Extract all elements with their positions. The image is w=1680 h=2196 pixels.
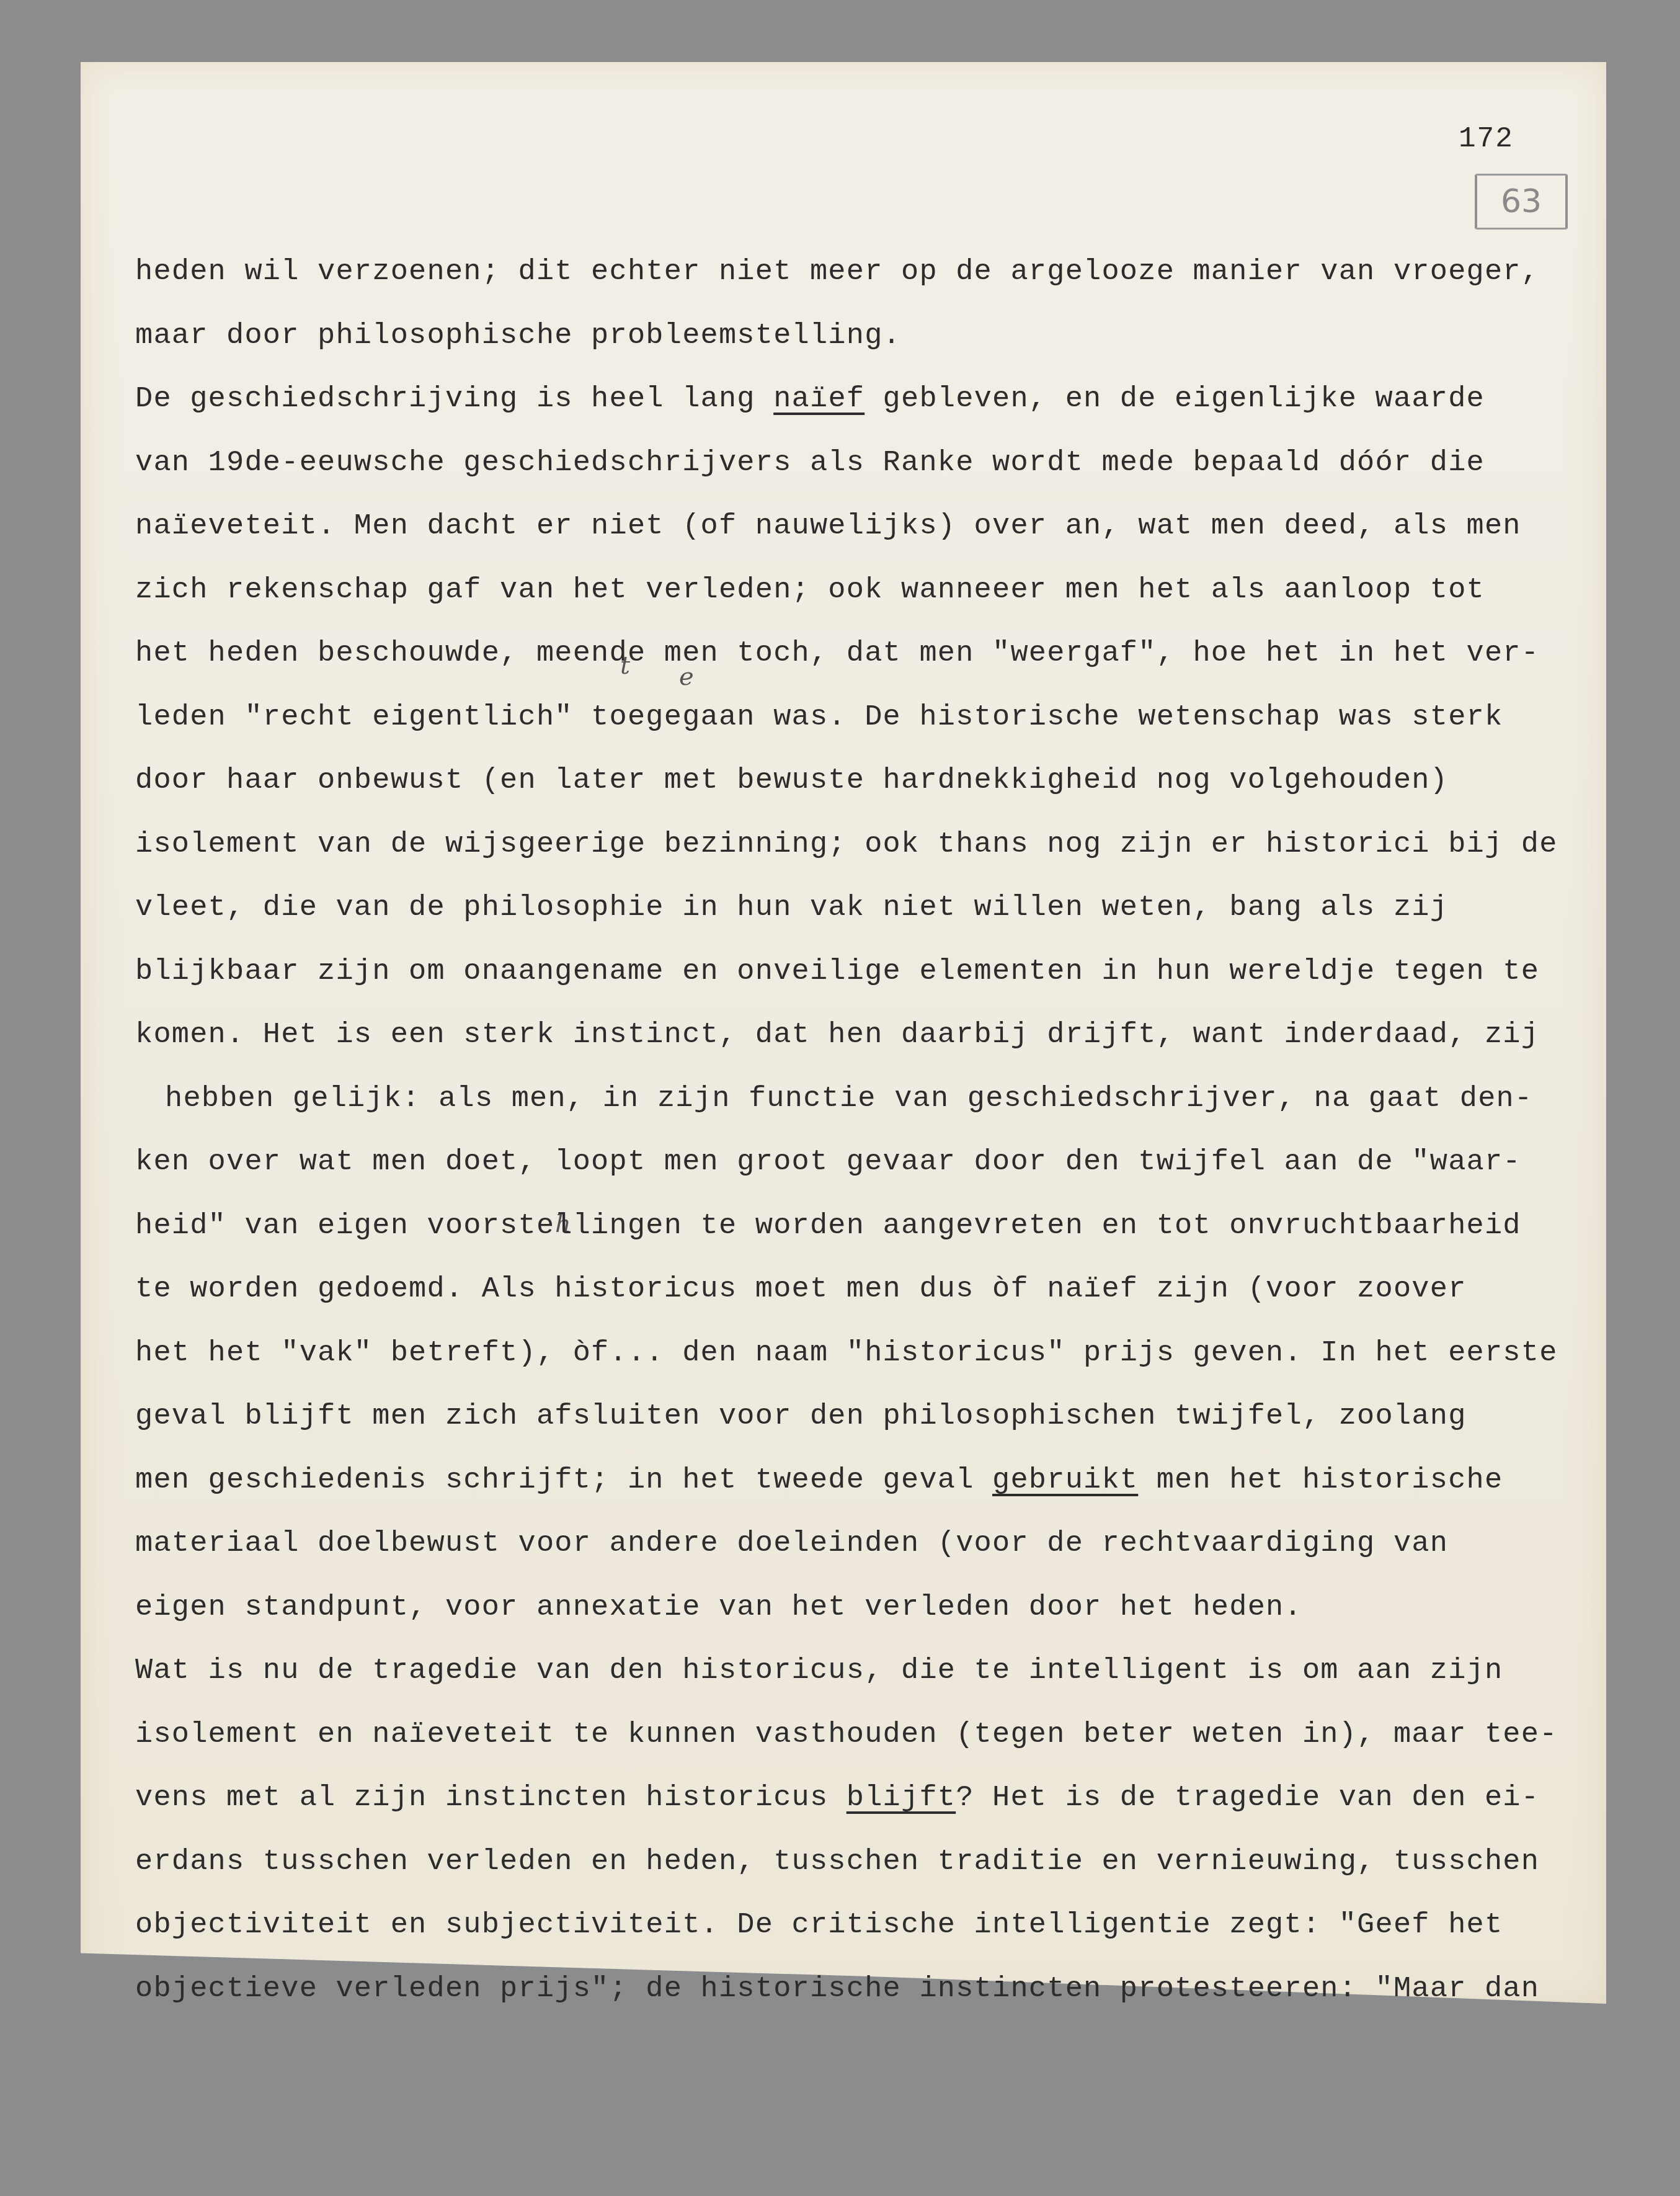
text-line: door haar onbewust (en later met bewuste… — [135, 749, 1586, 813]
line-text: hebben gelijk: als men, in zijn functie … — [165, 1082, 1532, 1115]
page-number: 172 — [1459, 123, 1514, 155]
line-text: maar door philosophische probleemstellin… — [135, 319, 901, 352]
archive-number-bracket: 63 — [1475, 174, 1568, 230]
text-line: objectiviteit en subjectiviteit. De crit… — [135, 1894, 1586, 1958]
text-line: leden "recht eigentlich" toegegaan was. … — [135, 686, 1586, 750]
line-text: eigen standpunt, voor annexatie van het … — [135, 1591, 1302, 1624]
line-text: het het "vak" betreft), òf... den naam "… — [135, 1337, 1558, 1370]
line-text: erdans tusschen verleden en heden, tussc… — [135, 1846, 1539, 1878]
text-line: materiaal doelbewust voor andere doelein… — [135, 1512, 1586, 1576]
text-line: vens met al zijn instincten historicus b… — [135, 1767, 1586, 1831]
underlined-word: blijft — [847, 1782, 956, 1814]
line-text: het heden beschouwde, meende men toch, d… — [135, 637, 1539, 670]
text-line: ken over wat men doet, loopt men groot g… — [135, 1131, 1586, 1195]
line-text: Wat is nu de tragedie van den historicus… — [135, 1654, 1503, 1687]
line-text: De geschiedschrijving is heel lang — [135, 383, 773, 416]
text-line: De geschiedschrijving is heel lang naïef… — [135, 368, 1586, 432]
text-line: zich rekenschap gaf van het verleden; oo… — [135, 559, 1586, 623]
line-text: objectieve verleden prijs"; de historisc… — [135, 1973, 1539, 2006]
text-line: heden wil verzoenen; dit echter niet mee… — [135, 241, 1586, 305]
text-line: het heden beschouwde, meende men toch, d… — [135, 622, 1586, 686]
text-line: komen. Het is een sterk instinct, dat he… — [135, 1004, 1586, 1068]
text-line: eigen standpunt, voor annexatie van het … — [135, 1576, 1586, 1640]
text-line: te worden gedoemd. Als historicus moet m… — [135, 1258, 1586, 1322]
line-text: geval blijft men zich afsluiten voor den… — [135, 1400, 1467, 1433]
line-text: objectiviteit en subjectiviteit. De crit… — [135, 1909, 1503, 1942]
underlined-word: naïef — [773, 383, 864, 416]
line-text: blijkbaar zijn om onaangename en onveili… — [135, 955, 1539, 988]
line-text: heid" van eigen voorstellingen te worden… — [135, 1210, 1521, 1243]
line-text: gebleven, en de eigenlijke waarde — [864, 383, 1485, 416]
line-text: vens met al zijn instincten historicus — [135, 1782, 847, 1814]
text-line: het het "vak" betreft), òf... den naam "… — [135, 1322, 1586, 1386]
text-line: objectieve verleden prijs"; de historisc… — [135, 1958, 1586, 2022]
line-text: naïeveteit. Men dacht er niet (of nauwel… — [135, 510, 1521, 543]
line-text: te worden gedoemd. Als historicus moet m… — [135, 1273, 1467, 1306]
line-text: leden "recht eigentlich" toegegaan was. … — [135, 701, 1503, 734]
line-text: heden wil verzoenen; dit echter niet mee… — [135, 256, 1539, 288]
text-line: geval blijft men zich afsluiten voor den… — [135, 1385, 1586, 1449]
text-line: van 19de-eeuwsche geschiedschrijvers als… — [135, 432, 1586, 496]
text-line: isolement en naïeveteit te kunnen vastho… — [135, 1703, 1586, 1767]
text-line: erdans tusschen verleden en heden, tussc… — [135, 1831, 1586, 1895]
line-text: isolement van de wijsgeerige bezinning; … — [135, 828, 1558, 861]
archive-number: 63 — [1501, 183, 1542, 220]
line-text: men het historische — [1138, 1464, 1503, 1497]
line-text: men geschiedenis schrijft; in het tweede… — [135, 1464, 992, 1497]
text-line: heid" van eigen voorstellingen te worden… — [135, 1195, 1586, 1259]
line-text: isolement en naïeveteit te kunnen vastho… — [135, 1718, 1558, 1751]
text-line: maar door philosophische probleemstellin… — [135, 305, 1586, 368]
line-text: van 19de-eeuwsche geschiedschrijvers als… — [135, 447, 1485, 480]
text-line: Wat is nu de tragedie van den historicus… — [135, 1640, 1586, 1703]
text-line: naïeveteit. Men dacht er niet (of nauwel… — [135, 495, 1586, 559]
line-text: komen. Het is een sterk instinct, dat he… — [135, 1019, 1539, 1051]
text-line: vleet, die van de philosophie in hun vak… — [135, 877, 1586, 940]
line-text: ? Het is de tragedie van den ei- — [956, 1782, 1539, 1814]
text-line: isolement van de wijsgeerige bezinning; … — [135, 813, 1586, 877]
line-text: ken over wat men doet, loopt men groot g… — [135, 1146, 1521, 1179]
text-line: blijkbaar zijn om onaangename en onveili… — [135, 940, 1586, 1004]
line-text: vleet, die van de philosophie in hun vak… — [135, 891, 1448, 924]
text-line: hebben gelijk: als men, in zijn functie … — [135, 1068, 1586, 1131]
line-text: zich rekenschap gaf van het verleden; oo… — [135, 574, 1485, 607]
underlined-word: gebruikt — [992, 1464, 1138, 1497]
line-text: materiaal doelbewust voor andere doelein… — [135, 1527, 1448, 1560]
typed-text-body: heden wil verzoenen; dit echter niet mee… — [135, 241, 1586, 2021]
line-text: door haar onbewust (en later met bewuste… — [135, 764, 1448, 797]
text-line: men geschiedenis schrijft; in het tweede… — [135, 1449, 1586, 1513]
